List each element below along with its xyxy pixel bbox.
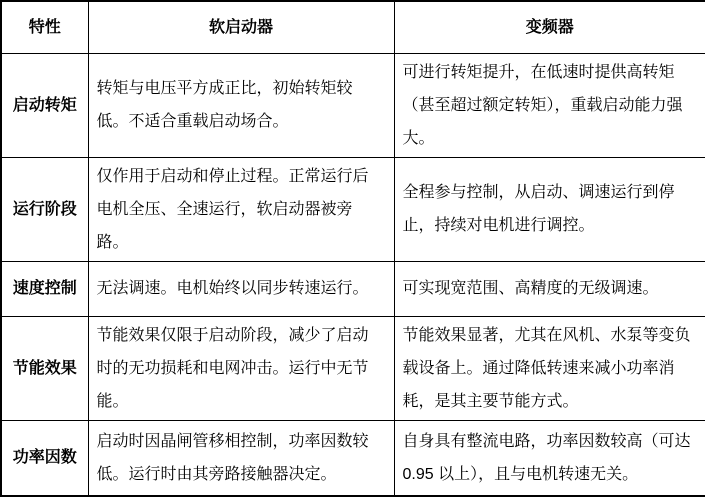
row-label-energy-saving: 节能效果 — [1, 316, 88, 420]
row-label-speed-control: 速度控制 — [1, 261, 88, 316]
comparison-document: 特性 软启动器 变频器 启动转矩 转矩与电压平方成正比，初始转矩较低。不适合重载… — [0, 0, 705, 447]
cell-soft-starter-starting-torque: 转矩与电压平方成正比，初始转矩较低。不适合重载启动场合。 — [88, 53, 394, 157]
cell-soft-starter-speed-control: 无法调速。电机始终以同步转速运行。 — [88, 261, 394, 316]
table-row: 功率因数 启动时因晶闸管移相控制，功率因数较低。运行时由其旁路接触器决定。 自身… — [1, 420, 705, 496]
row-label-starting-torque: 启动转矩 — [1, 53, 88, 157]
comparison-table: 特性 软启动器 变频器 启动转矩 转矩与电压平方成正比，初始转矩较低。不适合重载… — [0, 0, 705, 497]
cell-soft-starter-power-factor: 启动时因晶闸管移相控制，功率因数较低。运行时由其旁路接触器决定。 — [88, 420, 394, 496]
cell-vfd-operating-phase: 全程参与控制，从启动、调速运行到停止，持续对电机进行调控。 — [394, 157, 705, 261]
table-row: 启动转矩 转矩与电压平方成正比，初始转矩较低。不适合重载启动场合。 可进行转矩提… — [1, 53, 705, 157]
cell-vfd-speed-control: 可实现宽范围、高精度的无级调速。 — [394, 261, 705, 316]
table-row: 运行阶段 仅作用于启动和停止过程。正常运行后电机全压、全速运行，软启动器被旁路。… — [1, 157, 705, 261]
row-label-operating-phase: 运行阶段 — [1, 157, 88, 261]
table-row: 节能效果 节能效果仅限于启动阶段，减少了启动时的无功损耗和电网冲击。运行中无节能… — [1, 316, 705, 420]
header-soft-starter: 软启动器 — [88, 1, 394, 53]
cell-vfd-energy-saving: 节能效果显著，尤其在风机、水泵等变负载设备上。通过降低转速来减小功率消耗，是其主… — [394, 316, 705, 420]
cell-soft-starter-operating-phase: 仅作用于启动和停止过程。正常运行后电机全压、全速运行，软启动器被旁路。 — [88, 157, 394, 261]
header-vfd: 变频器 — [394, 1, 705, 53]
table-row: 速度控制 无法调速。电机始终以同步转速运行。 可实现宽范围、高精度的无级调速。 — [1, 261, 705, 316]
table-header-row: 特性 软启动器 变频器 — [1, 1, 705, 53]
cell-vfd-starting-torque: 可进行转矩提升，在低速时提供高转矩（甚至超过额定转矩），重载启动能力强大。 — [394, 53, 705, 157]
row-label-power-factor: 功率因数 — [1, 420, 88, 496]
cell-vfd-power-factor: 自身具有整流电路，功率因数较高（可达 0.95 以上），且与电机转速无关。 — [394, 420, 705, 496]
cell-soft-starter-energy-saving: 节能效果仅限于启动阶段，减少了启动时的无功损耗和电网冲击。运行中无节能。 — [88, 316, 394, 420]
header-feature: 特性 — [1, 1, 88, 53]
